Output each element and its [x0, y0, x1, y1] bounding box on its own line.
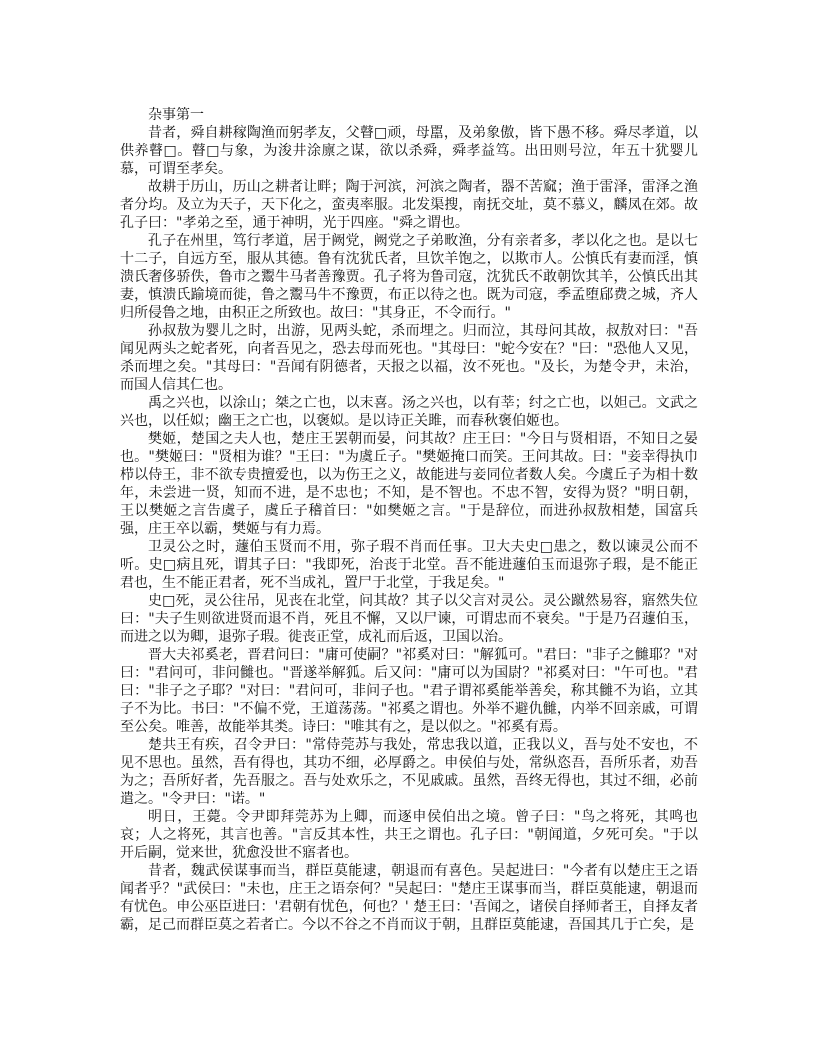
paragraph: 晋大夫祁奚老，晋君问曰："庸可使嗣？"祁奚对曰："解狐可。"君曰："非子之雠耶？…: [120, 646, 698, 736]
paragraph: 故耕于历山，历山之耕者让畔；陶于河滨，河滨之陶者，器不苦窳；渔于雷泽，雷泽之渔者…: [120, 178, 698, 232]
paragraph: 昔者，魏武侯谋事而当，群臣莫能逮，朝退而有喜色。吴起进曰："今者有以楚庄王之语闻…: [120, 862, 698, 934]
paragraph: 卫灵公之时，蘧伯玉贤而不用，弥子瑕不肖而任事。卫大夫史□患之，数以谏灵公而不听。…: [120, 538, 698, 592]
paragraph: 禹之兴也，以涂山；桀之亡也，以末喜。汤之兴也，以有莘；纣之亡也，以妲己。文武之兴…: [120, 394, 698, 430]
paragraph: 史□死，灵公往吊，见丧在北堂，问其故？其子以父言对灵公。灵公蹴然易容，寤然失位曰…: [120, 592, 698, 646]
paragraph: 孔子在州里，笃行孝道，居于阙党，阙党之子弟畋渔，分有亲者多，孝以化之也。是以七十…: [120, 232, 698, 322]
document-page: 杂事第一 昔者，舜自耕稼陶渔而躬孝友，父瞽□顽，母嚚，及弟象傲，皆下愚不移。舜尽…: [120, 106, 698, 934]
paragraph: 昔者，舜自耕稼陶渔而躬孝友，父瞽□顽，母嚚，及弟象傲，皆下愚不移。舜尽孝道，以供…: [120, 124, 698, 178]
paragraph: 明日，王薨。令尹即拜莞苏为上卿，而逐申侯伯出之境。曾子曰："鸟之将死，其鸣也哀；…: [120, 808, 698, 862]
paragraph: 孙叔敖为婴儿之时，出游，见两头蛇，杀而埋之。归而泣，其母问其故，叔敖对曰："吾闻…: [120, 322, 698, 394]
chapter-title: 杂事第一: [120, 106, 698, 124]
paragraph: 楚共王有疾，召令尹曰："常侍莞苏与我处，常忠我以道，正我以义，吾与处不安也，不见…: [120, 736, 698, 808]
paragraph: 樊姬，楚国之夫人也，楚庄王罢朝而晏，问其故？庄王曰："今日与贤相语，不知日之晏也…: [120, 430, 698, 538]
